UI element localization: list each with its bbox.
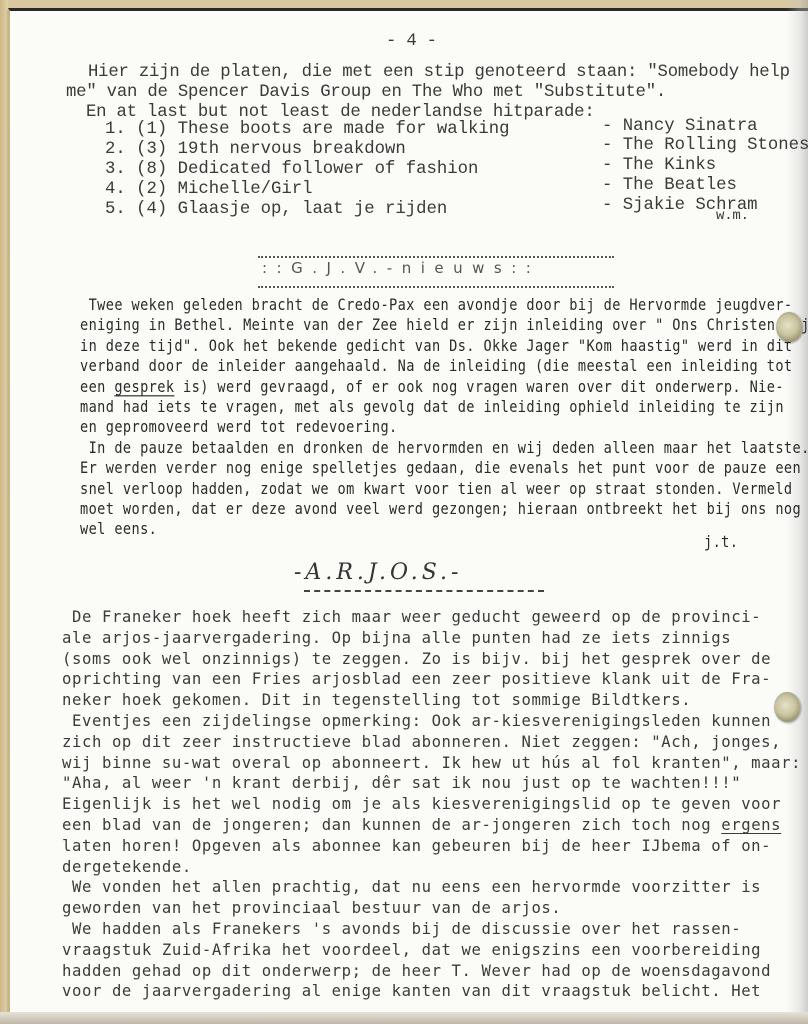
hit-artist: - The Rolling Stones bbox=[602, 136, 808, 155]
hit-previous-rank: (8) bbox=[136, 160, 167, 179]
hitparade-signature: w.m. bbox=[716, 208, 749, 224]
arjos-line: zich op dit zeer instructieve blad abonn… bbox=[62, 733, 781, 751]
arjos-line: oprichting van een Fries arjosblad een z… bbox=[62, 670, 771, 688]
gjv-line-text: is) werd gevraagd, of er ook nog vragen … bbox=[174, 378, 783, 396]
hitparade-row: 3. (8) Dedicated follower of fashion- Th… bbox=[105, 160, 478, 179]
arjos-line: "Aha, al weer 'n krant derbij, dêr sat i… bbox=[62, 774, 741, 792]
arjos-line: vraagstuk Zuid-Afrika het voordeel, dat … bbox=[62, 941, 761, 959]
arjos-section-title: -A.R.J.O.S.- bbox=[294, 560, 462, 585]
hit-rank: 2. bbox=[105, 140, 126, 159]
arjos-line: We vonden het allen prachtig, dat nu een… bbox=[62, 878, 761, 896]
arjos-line: Eigenlijk is het wel nodig om je als kie… bbox=[62, 795, 781, 813]
page-bottom-edge bbox=[0, 1012, 808, 1024]
hitparade-row: 2. (3) 19th nervous breakdown- The Rolli… bbox=[105, 140, 406, 159]
gjv-title-text: ::G.J.V.-nieuws:: bbox=[262, 259, 540, 277]
arjos-title-underline bbox=[304, 590, 544, 592]
binder-edge bbox=[0, 0, 8, 1024]
underlined-word: ergens bbox=[721, 816, 781, 834]
hit-rank: 1. bbox=[105, 120, 126, 139]
gjv-line-text: een bbox=[80, 378, 114, 396]
arjos-line: dergetekende. bbox=[62, 858, 192, 876]
hitparade-row: 1. (1) These boots are made for walking-… bbox=[105, 120, 509, 139]
hit-artist: - The Kinks bbox=[602, 156, 716, 175]
arjos-line: laten horen! Opgeven als abonnee kan geb… bbox=[62, 837, 771, 855]
gjv-line: Twee weken geleden bracht de Credo-Pax e… bbox=[80, 296, 792, 314]
hit-artist: - Nancy Sinatra bbox=[602, 117, 758, 136]
arjos-line: hadden gehad op dit onderwerp; de heer T… bbox=[62, 962, 771, 980]
gjv-line: wel eens. bbox=[80, 520, 157, 538]
hit-rank: 5. bbox=[105, 200, 126, 219]
arjos-line-text: een blad van de jongeren; dan kunnen de … bbox=[62, 816, 721, 834]
hit-previous-rank: (1) bbox=[136, 120, 167, 139]
gjv-line: en gepromoveerd werd tot redevoering. bbox=[80, 418, 398, 436]
hit-rank: 3. bbox=[105, 160, 126, 179]
underlined-word: gesprek bbox=[114, 378, 174, 396]
arjos-line: neker hoek gekomen. Dit in tegenstelling… bbox=[62, 691, 691, 709]
gjv-signature: j.t. bbox=[704, 533, 738, 551]
arjos-line: (soms ook wel onzinnigs) te zeggen. Zo i… bbox=[62, 650, 771, 668]
arjos-line: De Franeker hoek heeft zich maar weer ge… bbox=[62, 608, 761, 626]
hit-title: Dedicated follower of fashion bbox=[178, 160, 479, 179]
punch-hole bbox=[774, 692, 800, 722]
arjos-line: voor de jaarvergadering al enige kanten … bbox=[62, 982, 761, 1000]
hit-title: These boots are made for walking bbox=[178, 120, 510, 139]
hit-title: Glaasje op, laat je rijden bbox=[178, 200, 448, 219]
gjv-line: in deze tijd". Ook het bekende gedicht v… bbox=[80, 337, 792, 355]
gjv-line: snel verloop hadden, zodat we om kwart v… bbox=[80, 480, 792, 498]
arjos-line: geworden van het provinciaal bestuur van… bbox=[62, 899, 561, 917]
gjv-line: In de pauze betaalden en dronken de herv… bbox=[80, 439, 808, 457]
gjv-line: moet worden, dat er deze avond veel werd… bbox=[80, 500, 801, 518]
hit-previous-rank: (4) bbox=[136, 200, 167, 219]
gjv-line: mand had iets te vragen, met als gevolg … bbox=[80, 398, 784, 416]
intro-line: Hier zijn de platen, die met een stip ge… bbox=[88, 63, 790, 82]
gjv-section-title: ::G.J.V.-nieuws:: bbox=[262, 259, 614, 277]
page-number: - 4 - bbox=[386, 32, 437, 51]
hit-title: 19th nervous breakdown bbox=[178, 140, 406, 159]
arjos-line: wij binne su-wat overal op abonneert. Ik… bbox=[62, 754, 801, 772]
gjv-line: eniging in Bethel. Meinte van der Zee hi… bbox=[80, 316, 808, 334]
hit-artist: - The Beatles bbox=[602, 176, 737, 195]
arjos-line: Eventjes een zijdelingse opmerking: Ook … bbox=[62, 712, 771, 730]
arjos-line: We hadden als Franekers 's avonds bij de… bbox=[62, 920, 741, 938]
gjv-line: verband door de inleider aangehaald. Na … bbox=[80, 357, 792, 375]
hit-rank: 4. bbox=[105, 180, 126, 199]
hit-previous-rank: (2) bbox=[136, 180, 167, 199]
intro-line: me" van de Spencer Davis Group en The Wh… bbox=[66, 83, 666, 102]
punch-hole bbox=[776, 312, 802, 342]
gjv-line: een gesprek is) werd gevraagd, of er ook… bbox=[80, 378, 784, 396]
arjos-line: ale arjos-jaarvergadering. Op bijna alle… bbox=[62, 629, 731, 647]
hitparade-row: 5. (4) Glaasje op, laat je rijden- Sjaki… bbox=[105, 200, 447, 219]
hit-previous-rank: (3) bbox=[136, 140, 167, 159]
arjos-line: een blad van de jongeren; dan kunnen de … bbox=[62, 816, 781, 834]
hit-title: Michelle/Girl bbox=[178, 180, 313, 199]
hitparade-row: 4. (2) Michelle/Girl- The Beatles bbox=[105, 180, 312, 199]
gjv-line: Er werden verder nog enige spelletjes ge… bbox=[80, 459, 801, 477]
